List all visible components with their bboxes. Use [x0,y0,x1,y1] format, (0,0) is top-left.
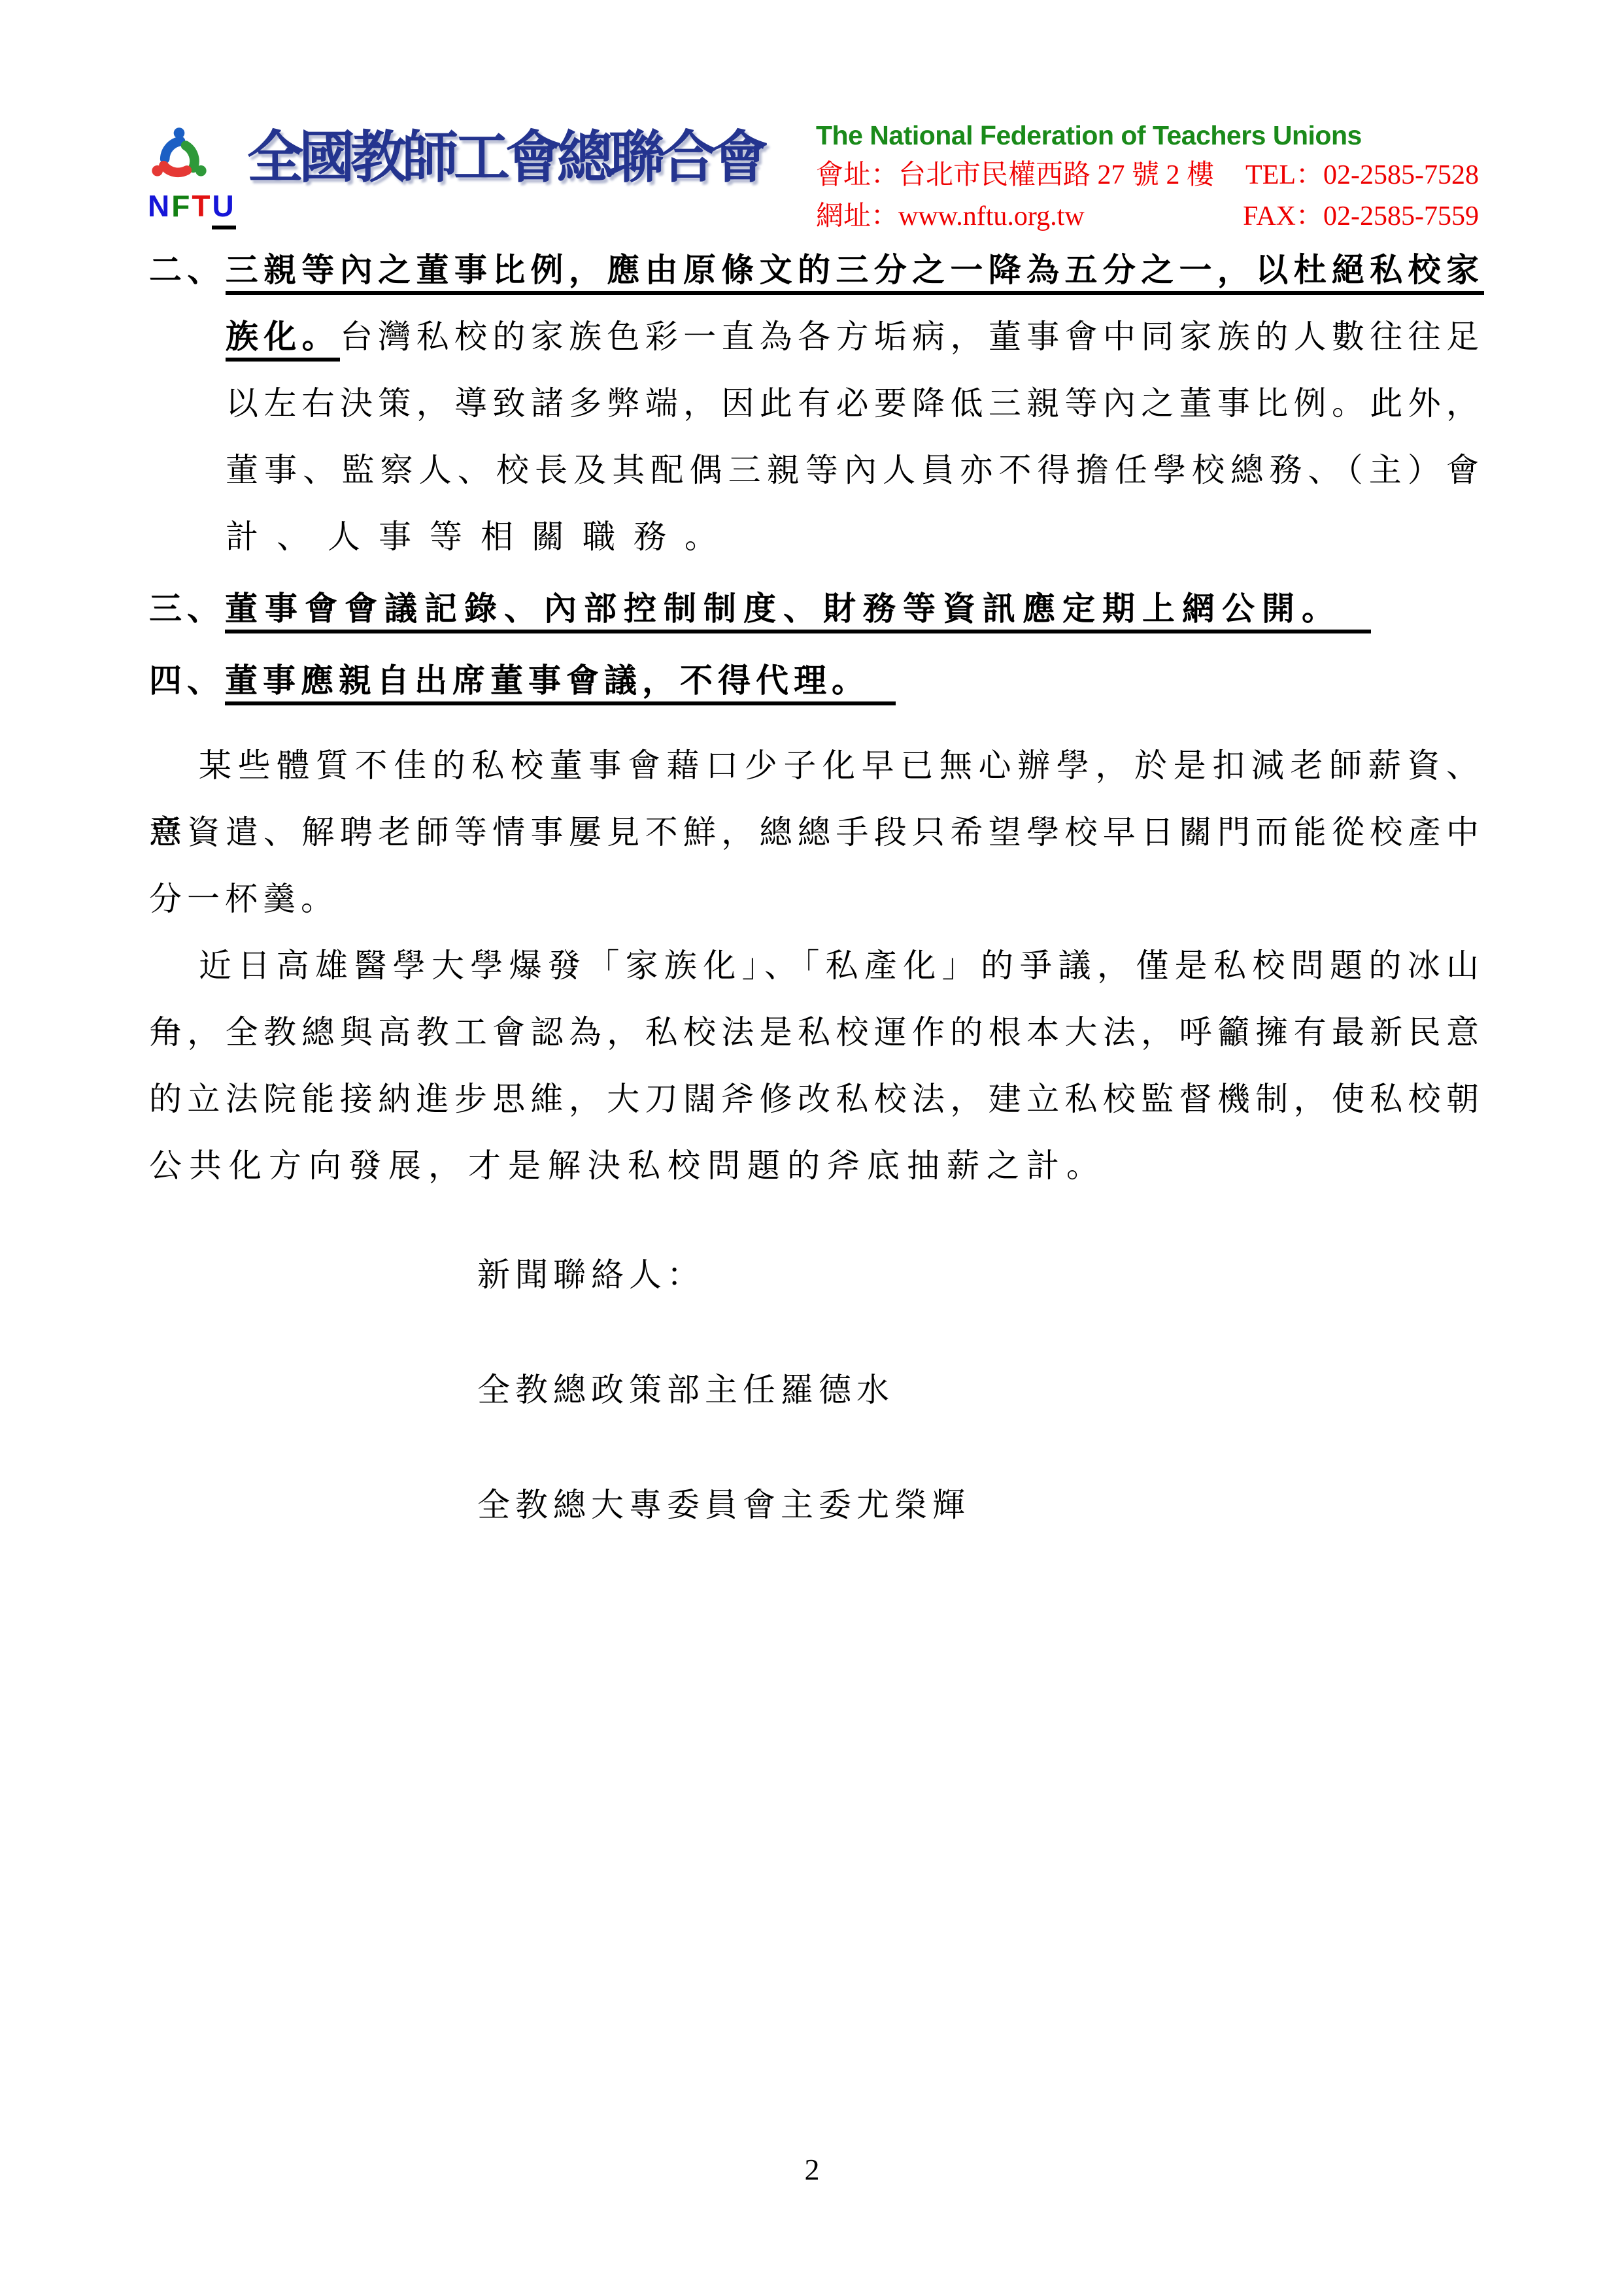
org-fax: FAX：02-2585-7559 [1243,194,1479,233]
list-item-3: 三、董事會會議記錄、內部控制制度、財務等資訊應定期上網公開。 [149,575,1484,642]
list-item-2-marker: 二、 [149,252,226,288]
press-contact-block: 新聞聯絡人： 全教總政策部主任羅德水 全教總大專委員會主委尤榮輝 [477,1241,970,1587]
press-contact-person-2: 全教總大專委員會主委尤榮輝 [477,1472,970,1538]
nftu-logo-icon [145,122,213,195]
header-contact-row-1: 會址：台北市民權西路 27 號 2 樓 TEL：02-2585-7528 [816,153,1479,192]
press-contact-title: 新聞聯絡人： [477,1241,970,1308]
list-item-2-line-4: 董事、監察人、校長及其配偶三親等內人員亦不得擔任學校總務、（主）會 [149,437,1484,503]
nftu-acronym: NFTU [148,191,236,221]
press-contact-person-1: 全教總政策部主任羅德水 [477,1357,970,1423]
list-item-2-text-end: 計、人事等相關職務。 [226,518,736,555]
nftu-letter-f: F [171,189,192,223]
list-item-2-line-5: 計、人事等相關職務。 [149,503,1484,570]
list-item-3-marker: 三、 [149,590,225,627]
org-address: 會址：台北市民權西路 27 號 2 樓 [816,153,1214,192]
list-item-4-marker: 四、 [149,662,225,699]
paragraph-b-line-3: 的立法院能接納進步思維，大刀闊斧修改私校法，建立私校監督機制，使私校朝 [149,1066,1484,1132]
nftu-letter-t: T [192,189,212,223]
nftu-letter-n: N [148,189,171,223]
page-number: 2 [0,2152,1624,2187]
list-item-2-line-1: 二、三親等內之董事比例，應由原條文的三分之一降為五分之一，以杜絕私校家 [149,237,1484,303]
list-item-2-heading: 三親等內之董事比例，應由原條文的三分之一降為五分之一，以杜絕私校家 [226,252,1484,295]
paragraph-a: 某些體質不佳的私校董事會藉口少子化早已無心辦學，於是扣減老師薪資、惡 意資遣、解… [149,732,1484,932]
header-contact-row-2: 網址：www.nftu.org.tw FAX：02-2585-7559 [816,194,1479,233]
press-release-body: 二、三親等內之董事比例，應由原條文的三分之一降為五分之一，以杜絕私校家 族化。台… [149,237,1484,1199]
org-name-chinese: 全國教師工會總聯合會 [247,126,718,190]
list-item-2-heading-tail: 族化。 [226,318,340,362]
paragraph-b-text-end: 公共化方向發展，才是解決私校問題的斧底抽薪之計。 [149,1147,1106,1184]
paragraph-a-line-1: 某些體質不佳的私校董事會藉口少子化早已無心辦學，於是扣減老師薪資、惡 [149,732,1484,799]
paragraph-b-line-2: 角，全教總與高教工會認為，私校法是私校運作的根本大法，呼籲擁有最新民意 [149,999,1484,1066]
list-item-4: 四、董事應親自出席董事會議，不得代理。 [149,647,1484,714]
paragraph-b-line-4: 公共化方向發展，才是解決私校問題的斧底抽薪之計。 [149,1132,1484,1199]
letterhead: NFTU 全國教師工會總聯合會 The National Federation … [0,0,1624,242]
nftu-letter-u: U [212,189,235,229]
list-item-2-line-2: 族化。台灣私校的家族色彩一直為各方垢病，董事會中同家族的人數往往足 [149,303,1484,370]
org-name-english: The National Federation of Teachers Unio… [816,120,1479,151]
paragraph-b: 近日高雄醫學大學爆發「家族化」、「私產化」的爭議，僅是私校問題的冰山一 角，全教… [149,932,1484,1199]
paragraph-a-line-2: 意資遣、解聘老師等情事屢見不鮮，總總手段只希望學校早日關門而能從校產中 [149,799,1484,866]
document-page: NFTU 全國教師工會總聯合會 The National Federation … [0,0,1624,2294]
list-item-4-heading: 董事應親自出席董事會議，不得代理。 [225,662,896,705]
list-item-3-heading: 董事會會議記錄、內部控制制度、財務等資訊應定期上網公開。 [225,590,1371,633]
list-item-2: 二、三親等內之董事比例，應由原條文的三分之一降為五分之一，以杜絕私校家 族化。台… [149,237,1484,570]
list-item-2-text: 台灣私校的家族色彩一直為各方垢病，董事會中同家族的人數往往足 [340,318,1484,355]
org-tel: TEL：02-2585-7528 [1245,153,1479,192]
paragraph-b-line-1: 近日高雄醫學大學爆發「家族化」、「私產化」的爭議，僅是私校問題的冰山一 [149,932,1484,999]
paragraph-a-line-3: 分一杯羹。 [149,866,1484,932]
list-item-2-line-3: 以左右決策，導致諸多弊端，因此有必要降低三親等內之董事比例。此外， [149,370,1484,437]
org-website: 網址：www.nftu.org.tw [816,194,1085,233]
